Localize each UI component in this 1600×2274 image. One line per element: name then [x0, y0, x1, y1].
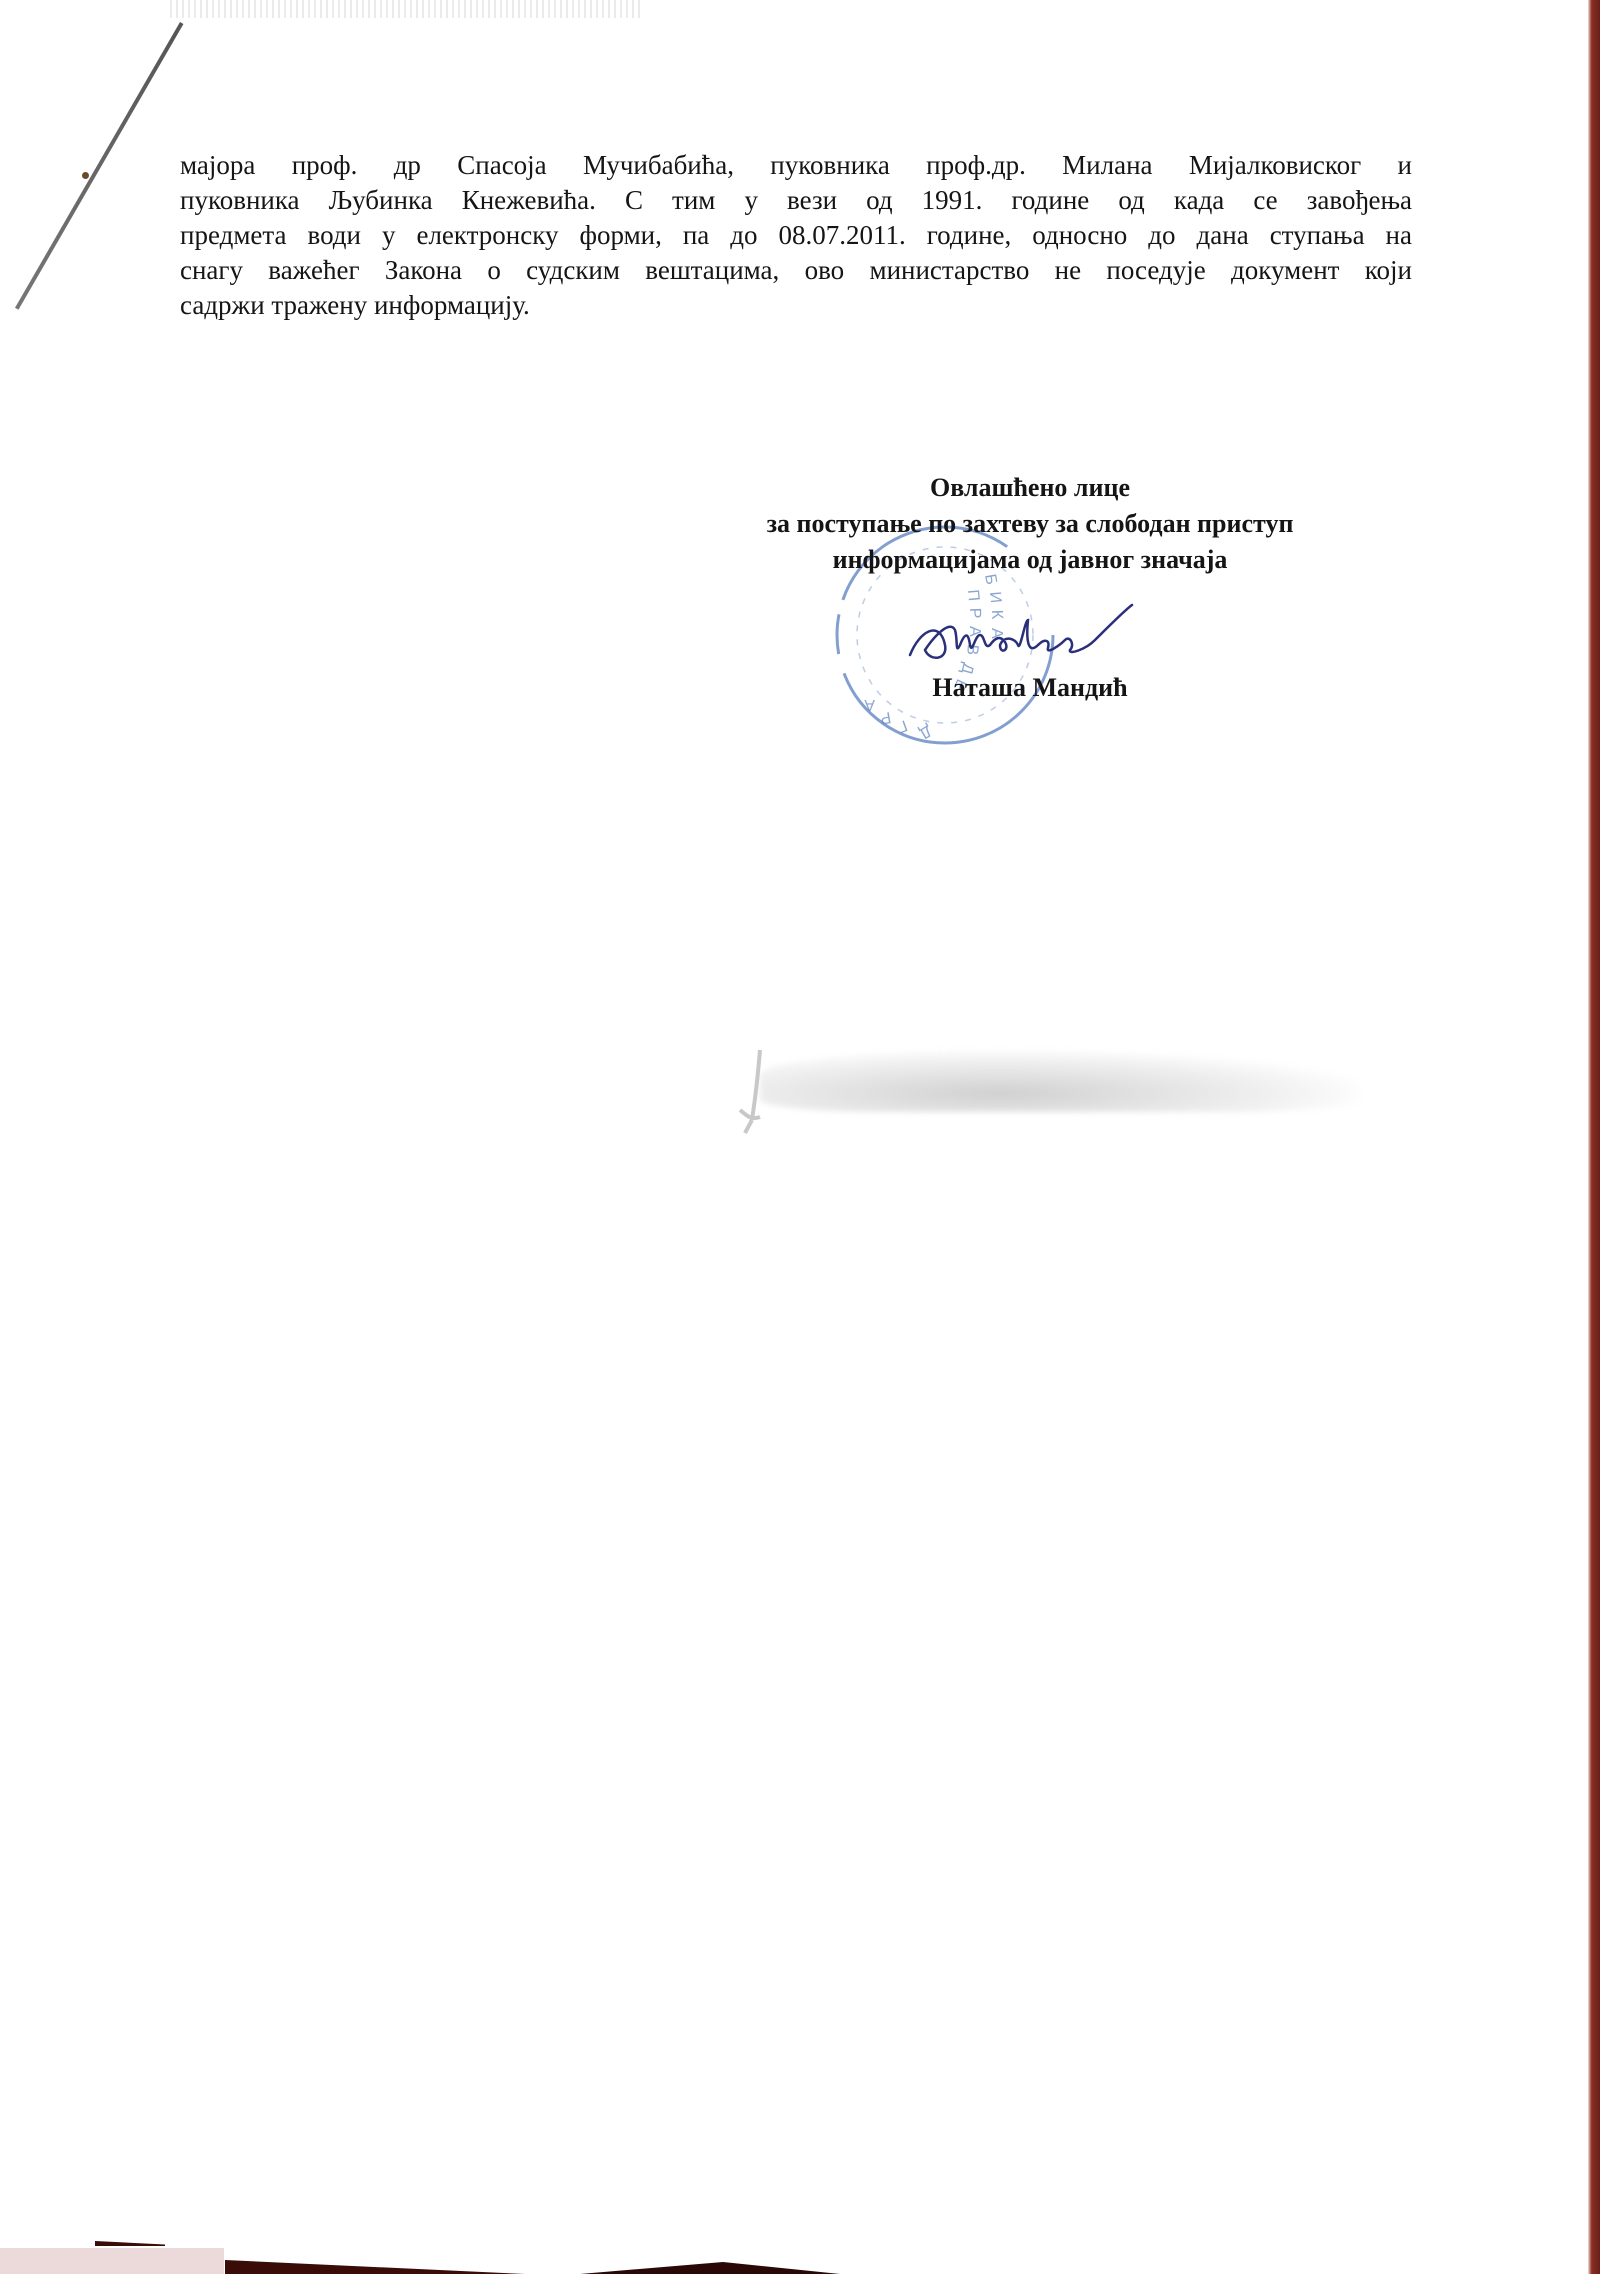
scan-artifact-top: [170, 0, 640, 18]
body-paragraph: мајора проф. др Спасоја Мучибабића, пуко…: [180, 148, 1412, 323]
body-line: предмета води у електронску форми, па до…: [180, 218, 1412, 253]
svg-text:П: П: [964, 589, 982, 602]
handwritten-signature-icon: [900, 600, 1220, 670]
svg-text:А: А: [966, 626, 983, 637]
authorized-person-title: Овлашћено лице: [640, 470, 1420, 506]
svg-text:К: К: [988, 610, 1005, 621]
paper-edge-line: [15, 22, 183, 310]
svg-text:Д: Д: [916, 722, 934, 742]
authorized-person-role-cont: информацијама од јавног значаја: [640, 542, 1420, 578]
svg-text:А: А: [988, 628, 1005, 639]
background-edge-bottom: [580, 2262, 840, 2274]
background-edge-bottom: [95, 2241, 165, 2246]
svg-text:Р: Р: [879, 708, 892, 727]
scanned-document-page: мајора проф. др Спасоја Мучибабића, пуко…: [0, 0, 1600, 2274]
signer-name: Наташа Мандић: [640, 670, 1420, 706]
svg-text:Р: Р: [966, 608, 983, 619]
authorized-person-role: за поступање по захтеву за слободан прис…: [640, 506, 1420, 542]
body-line: мајора проф. др Спасоја Мучибабића, пуко…: [180, 148, 1412, 183]
body-line: снагу важећег Закона о судским вештацима…: [180, 253, 1412, 288]
scan-smudge: [760, 1050, 1360, 1112]
staple-mark: [82, 172, 89, 179]
signature-block: Овлашћено лице за поступање по захтеву з…: [640, 470, 1420, 578]
body-line: пуковника Љубинка Кнежевића. С тим у вез…: [180, 183, 1412, 218]
svg-text:И: И: [986, 591, 1004, 604]
svg-text:Г: Г: [895, 716, 909, 735]
body-line: садржи тражену информацију.: [180, 288, 1412, 323]
svg-text:В: В: [963, 644, 981, 656]
background-edge-right: [1588, 0, 1600, 2274]
